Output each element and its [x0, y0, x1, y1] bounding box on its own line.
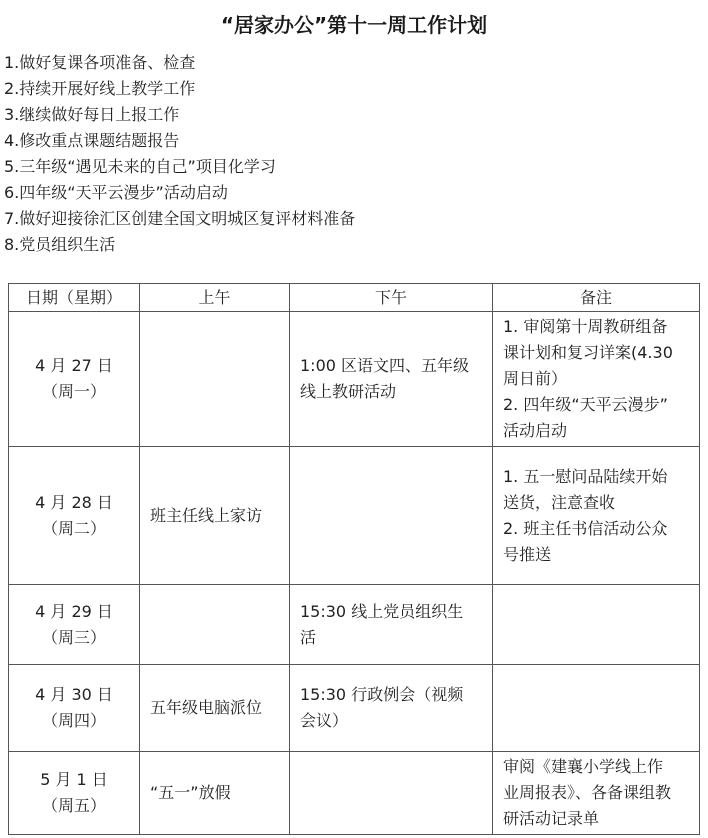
document-page: “居家办公”第十一周工作计划 1.做好复课各项准备、检查 2.持续开展好线上教学…	[0, 0, 708, 838]
cell-afternoon	[290, 752, 493, 835]
cell-afternoon	[290, 447, 493, 585]
cell-morning: “五一”放假	[140, 752, 290, 835]
task-list: 1.做好复课各项准备、检查 2.持续开展好线上教学工作 3.继续做好每日上报工作…	[0, 50, 708, 258]
cell-date: 4 月 27 日 （周一）	[9, 312, 140, 447]
cell-afternoon: 15:30 行政例会（视频 会议）	[290, 665, 493, 752]
page-title: “居家办公”第十一周工作计划	[0, 10, 708, 40]
task-item-4: 4.修改重点课题结题报告	[4, 128, 708, 154]
cell-afternoon: 1:00 区语文四、五年级 线上教研活动	[290, 312, 493, 447]
cell-date: 4 月 29 日 （周三）	[9, 585, 140, 665]
cell-date: 5 月 1 日 （周五）	[9, 752, 140, 835]
cell-notes: 审阅《建襄小学线上作 业周报表》、各备课组教 研活动记录单	[493, 752, 700, 835]
table-row-tue: 4 月 28 日 （周二） 班主任线上家访 1. 五一慰问品陆续开始 送货，注意…	[9, 447, 700, 585]
cell-notes	[493, 585, 700, 665]
table-row-fri: 5 月 1 日 （周五） “五一”放假 审阅《建襄小学线上作 业周报表》、各备课…	[9, 752, 700, 835]
cell-notes: 1. 五一慰问品陆续开始 送货，注意查收 2. 班主任书信活动公众 号推送	[493, 447, 700, 585]
col-header-afternoon: 下午	[290, 284, 493, 312]
cell-date: 4 月 28 日 （周二）	[9, 447, 140, 585]
task-item-7: 7.做好迎接徐汇区创建全国文明城区复评材料准备	[4, 206, 708, 232]
cell-afternoon: 15:30 线上党员组织生 活	[290, 585, 493, 665]
cell-notes	[493, 665, 700, 752]
weekly-schedule-table: 日期（星期） 上午 下午 备注 4 月 27 日 （周一） 1:00 区语文四、…	[8, 283, 700, 835]
table-row-wed: 4 月 29 日 （周三） 15:30 线上党员组织生 活	[9, 585, 700, 665]
cell-morning: 五年级电脑派位	[140, 665, 290, 752]
cell-date: 4 月 30 日 （周四）	[9, 665, 140, 752]
task-item-6: 6.四年级“天平云漫步”活动启动	[4, 180, 708, 206]
task-item-3: 3.继续做好每日上报工作	[4, 102, 708, 128]
table-row-thu: 4 月 30 日 （周四） 五年级电脑派位 15:30 行政例会（视频 会议）	[9, 665, 700, 752]
cell-morning: 班主任线上家访	[140, 447, 290, 585]
col-header-morning: 上午	[140, 284, 290, 312]
col-header-notes: 备注	[493, 284, 700, 312]
cell-morning	[140, 312, 290, 447]
table-row-mon: 4 月 27 日 （周一） 1:00 区语文四、五年级 线上教研活动 1. 审阅…	[9, 312, 700, 447]
col-header-date: 日期（星期）	[9, 284, 140, 312]
task-item-2: 2.持续开展好线上教学工作	[4, 76, 708, 102]
cell-notes: 1. 审阅第十周教研组备 课计划和复习详案(4.30 周日前） 2. 四年级“天…	[493, 312, 700, 447]
task-item-1: 1.做好复课各项准备、检查	[4, 50, 708, 76]
task-item-8: 8.党员组织生活	[4, 232, 708, 258]
cell-morning	[140, 585, 290, 665]
table-header-row: 日期（星期） 上午 下午 备注	[9, 284, 700, 312]
task-item-5: 5.三年级“遇见未来的自己”项目化学习	[4, 154, 708, 180]
